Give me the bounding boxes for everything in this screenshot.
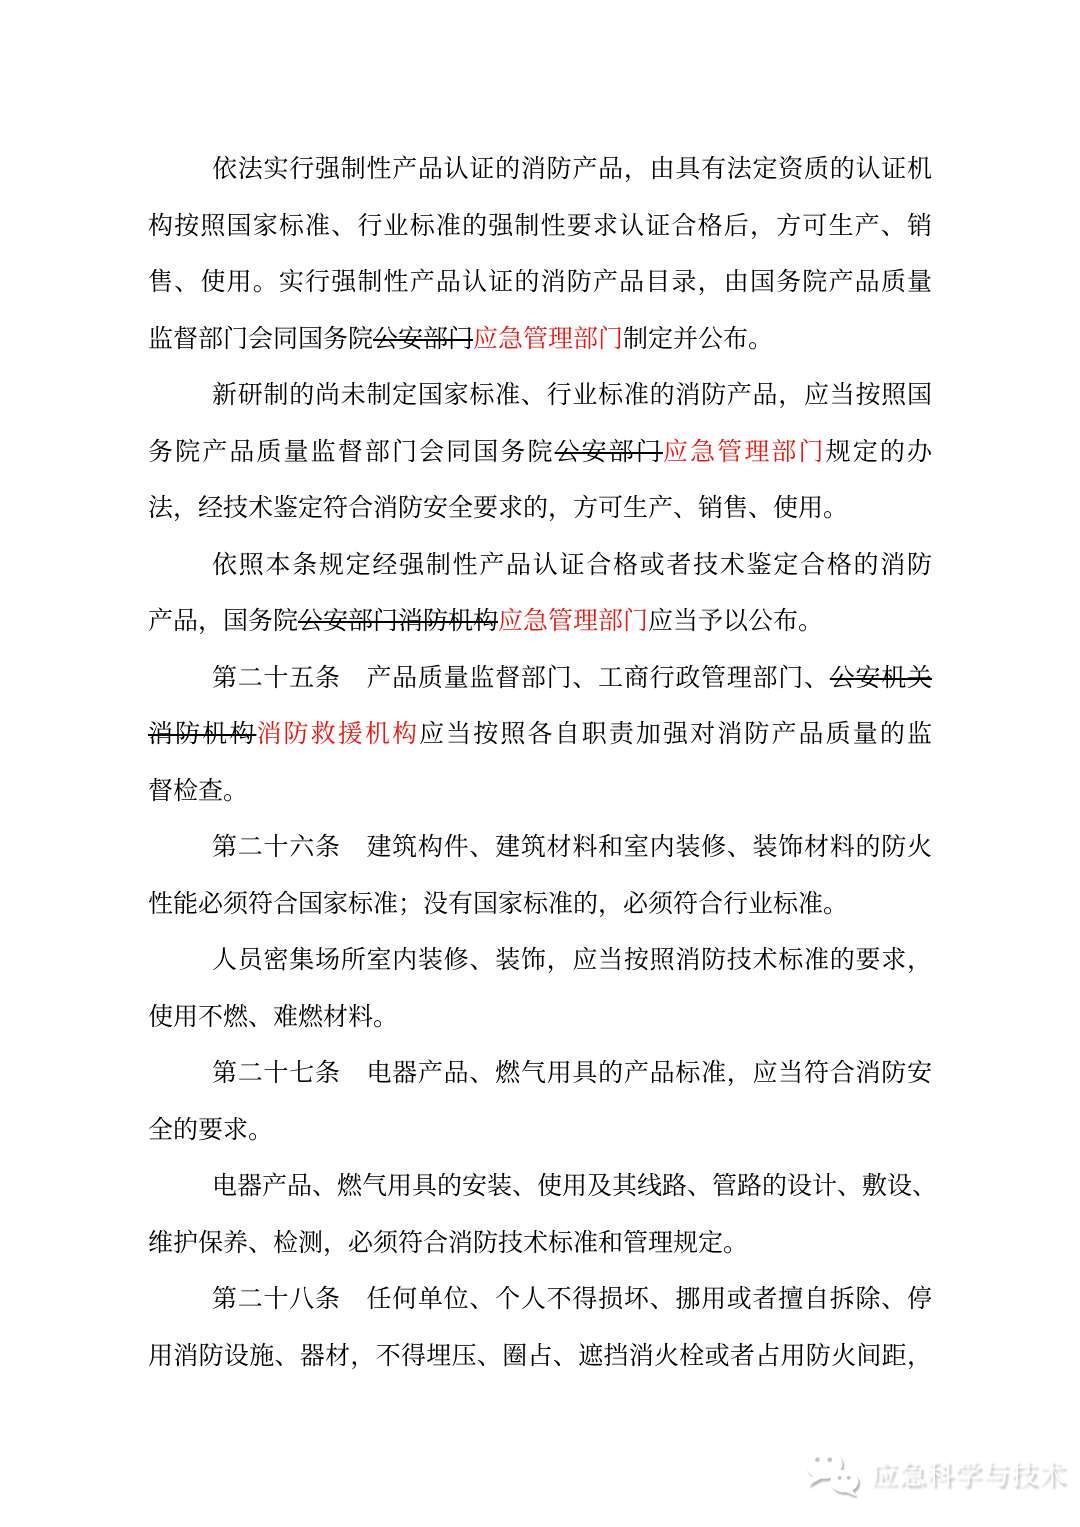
text-segment: 依照本条规定经强制性产品认证合格或者技术鉴定合格的消防 bbox=[212, 552, 932, 579]
text-line: 依照本条规定经强制性产品认证合格或者技术鉴定合格的消防 bbox=[148, 538, 932, 595]
text-segment: 务院产品质量监督部门会同国务院 bbox=[148, 439, 555, 466]
text-line: 构按照国家标准、行业标准的强制性要求认证合格后，方可生产、销 bbox=[148, 199, 932, 256]
text-line: 依法实行强制性产品认证的消防产品，由具有法定资质的认证机 bbox=[148, 142, 932, 199]
text-line: 第二十五条 产品质量监督部门、工商行政管理部门、公安机关 bbox=[148, 651, 932, 708]
text-line: 使用不燃、难燃材料。 bbox=[148, 990, 932, 1047]
text-segment: 应当按照各自职责加强对消防产品质量的监 bbox=[419, 721, 932, 748]
watermark: 应急科学与技术 bbox=[803, 1446, 1067, 1498]
inserted-text: 消防救援机构 bbox=[256, 721, 419, 748]
deleted-text: 公安部门消防机构 bbox=[298, 608, 498, 635]
text-segment: 第二十五条 产品质量监督部门、工商行政管理部门、 bbox=[212, 665, 830, 692]
paragraph: 电器产品、燃气用具的安装、使用及其线路、管路的设计、敷设、维护保养、检测，必须符… bbox=[148, 1159, 932, 1272]
inserted-text: 应急管理部门 bbox=[663, 439, 826, 466]
text-segment: 全的要求。 bbox=[148, 1117, 273, 1144]
paragraph: 第二十八条 任何单位、个人不得损坏、挪用或者擅自拆除、停用消防设施、器材，不得埋… bbox=[148, 1272, 932, 1385]
paragraph: 依法实行强制性产品认证的消防产品，由具有法定资质的认证机构按照国家标准、行业标准… bbox=[148, 142, 932, 368]
text-line: 第二十八条 任何单位、个人不得损坏、挪用或者擅自拆除、停 bbox=[148, 1272, 932, 1329]
text-segment: 督检查。 bbox=[148, 778, 248, 805]
paragraph: 人员密集场所室内装修、装饰，应当按照消防技术标准的要求，使用不燃、难燃材料。 bbox=[148, 933, 932, 1046]
text-line: 用消防设施、器材，不得埋压、圈占、遮挡消火栓或者占用防火间距， bbox=[148, 1329, 932, 1386]
paragraph: 依照本条规定经强制性产品认证合格或者技术鉴定合格的消防产品，国务院公安部门消防机… bbox=[148, 538, 932, 651]
text-segment: 使用不燃、难燃材料。 bbox=[148, 1004, 398, 1031]
text-segment: 维护保养、检测，必须符合消防技术标准和管理规定。 bbox=[148, 1230, 748, 1257]
paragraph: 第二十七条 电器产品、燃气用具的产品标准，应当符合消防安全的要求。 bbox=[148, 1046, 932, 1159]
text-line: 电器产品、燃气用具的安装、使用及其线路、管路的设计、敷设、 bbox=[148, 1159, 932, 1216]
document-page: 依法实行强制性产品认证的消防产品，由具有法定资质的认证机构按照国家标准、行业标准… bbox=[0, 0, 1080, 1527]
text-segment: 第二十七条 电器产品、燃气用具的产品标准，应当符合消防安 bbox=[212, 1060, 932, 1087]
text-segment: 售、使用。实行强制性产品认证的消防产品目录，由国务院产品质量 bbox=[148, 269, 932, 296]
text-segment: 制定并公布。 bbox=[623, 326, 773, 353]
deleted-text: 公安部门 bbox=[373, 326, 473, 353]
inserted-text: 应急管理部门 bbox=[498, 608, 648, 635]
text-segment: 电器产品、燃气用具的安装、使用及其线路、管路的设计、敷设、 bbox=[212, 1173, 937, 1200]
text-segment: 新研制的尚未制定国家标准、行业标准的消防产品，应当按照国 bbox=[212, 382, 932, 409]
inserted-text: 应急管理部门 bbox=[473, 326, 623, 353]
text-segment: 依法实行强制性产品认证的消防产品，由具有法定资质的认证机 bbox=[212, 156, 932, 183]
text-segment: 规定的办 bbox=[826, 439, 932, 466]
text-segment: 用消防设施、器材，不得埋压、圈占、遮挡消火栓或者占用防火间距， bbox=[148, 1343, 932, 1370]
text-line: 务院产品质量监督部门会同国务院公安部门应急管理部门规定的办 bbox=[148, 425, 932, 482]
deleted-text: 公安机关 bbox=[830, 665, 932, 692]
watermark-label: 应急科学与技术 bbox=[871, 1453, 1067, 1492]
text-line: 督检查。 bbox=[148, 764, 932, 821]
text-line: 第二十七条 电器产品、燃气用具的产品标准，应当符合消防安 bbox=[148, 1046, 932, 1103]
document-body: 依法实行强制性产品认证的消防产品，由具有法定资质的认证机构按照国家标准、行业标准… bbox=[148, 142, 932, 1385]
deleted-text: 公安部门 bbox=[555, 439, 663, 466]
text-segment: 人员密集场所室内装修、装饰，应当按照消防技术标准的要求， bbox=[212, 947, 932, 974]
text-line: 新研制的尚未制定国家标准、行业标准的消防产品，应当按照国 bbox=[148, 368, 932, 425]
text-line: 法，经技术鉴定符合消防安全要求的，方可生产、销售、使用。 bbox=[148, 481, 932, 538]
wechat-icon bbox=[803, 1446, 861, 1498]
text-segment: 监督部门会同国务院 bbox=[148, 326, 373, 353]
text-segment: 法，经技术鉴定符合消防安全要求的，方可生产、销售、使用。 bbox=[148, 495, 848, 522]
text-segment: 构按照国家标准、行业标准的强制性要求认证合格后，方可生产、销 bbox=[148, 213, 932, 240]
text-line: 产品，国务院公安部门消防机构应急管理部门应当予以公布。 bbox=[148, 594, 932, 651]
text-segment: 第二十六条 建筑构件、建筑材料和室内装修、装饰材料的防火 bbox=[212, 834, 932, 861]
text-line: 人员密集场所室内装修、装饰，应当按照消防技术标准的要求， bbox=[148, 933, 932, 990]
text-segment: 性能必须符合国家标准；没有国家标准的，必须符合行业标准。 bbox=[148, 891, 848, 918]
text-line: 监督部门会同国务院公安部门应急管理部门制定并公布。 bbox=[148, 312, 932, 369]
text-segment: 产品，国务院 bbox=[148, 608, 298, 635]
paragraph: 新研制的尚未制定国家标准、行业标准的消防产品，应当按照国务院产品质量监督部门会同… bbox=[148, 368, 932, 538]
text-line: 消防机构消防救援机构应当按照各自职责加强对消防产品质量的监 bbox=[148, 707, 932, 764]
text-segment: 应当予以公布。 bbox=[648, 608, 823, 635]
text-line: 第二十六条 建筑构件、建筑材料和室内装修、装饰材料的防火 bbox=[148, 820, 932, 877]
text-segment: 第二十八条 任何单位、个人不得损坏、挪用或者擅自拆除、停 bbox=[212, 1286, 932, 1313]
text-line: 全的要求。 bbox=[148, 1103, 932, 1160]
text-line: 维护保养、检测，必须符合消防技术标准和管理规定。 bbox=[148, 1216, 932, 1273]
paragraph: 第二十六条 建筑构件、建筑材料和室内装修、装饰材料的防火性能必须符合国家标准；没… bbox=[148, 820, 932, 933]
paragraph: 第二十五条 产品质量监督部门、工商行政管理部门、公安机关消防机构消防救援机构应当… bbox=[148, 651, 932, 821]
text-line: 售、使用。实行强制性产品认证的消防产品目录，由国务院产品质量 bbox=[148, 255, 932, 312]
text-line: 性能必须符合国家标准；没有国家标准的，必须符合行业标准。 bbox=[148, 877, 932, 934]
deleted-text: 消防机构 bbox=[148, 721, 256, 748]
